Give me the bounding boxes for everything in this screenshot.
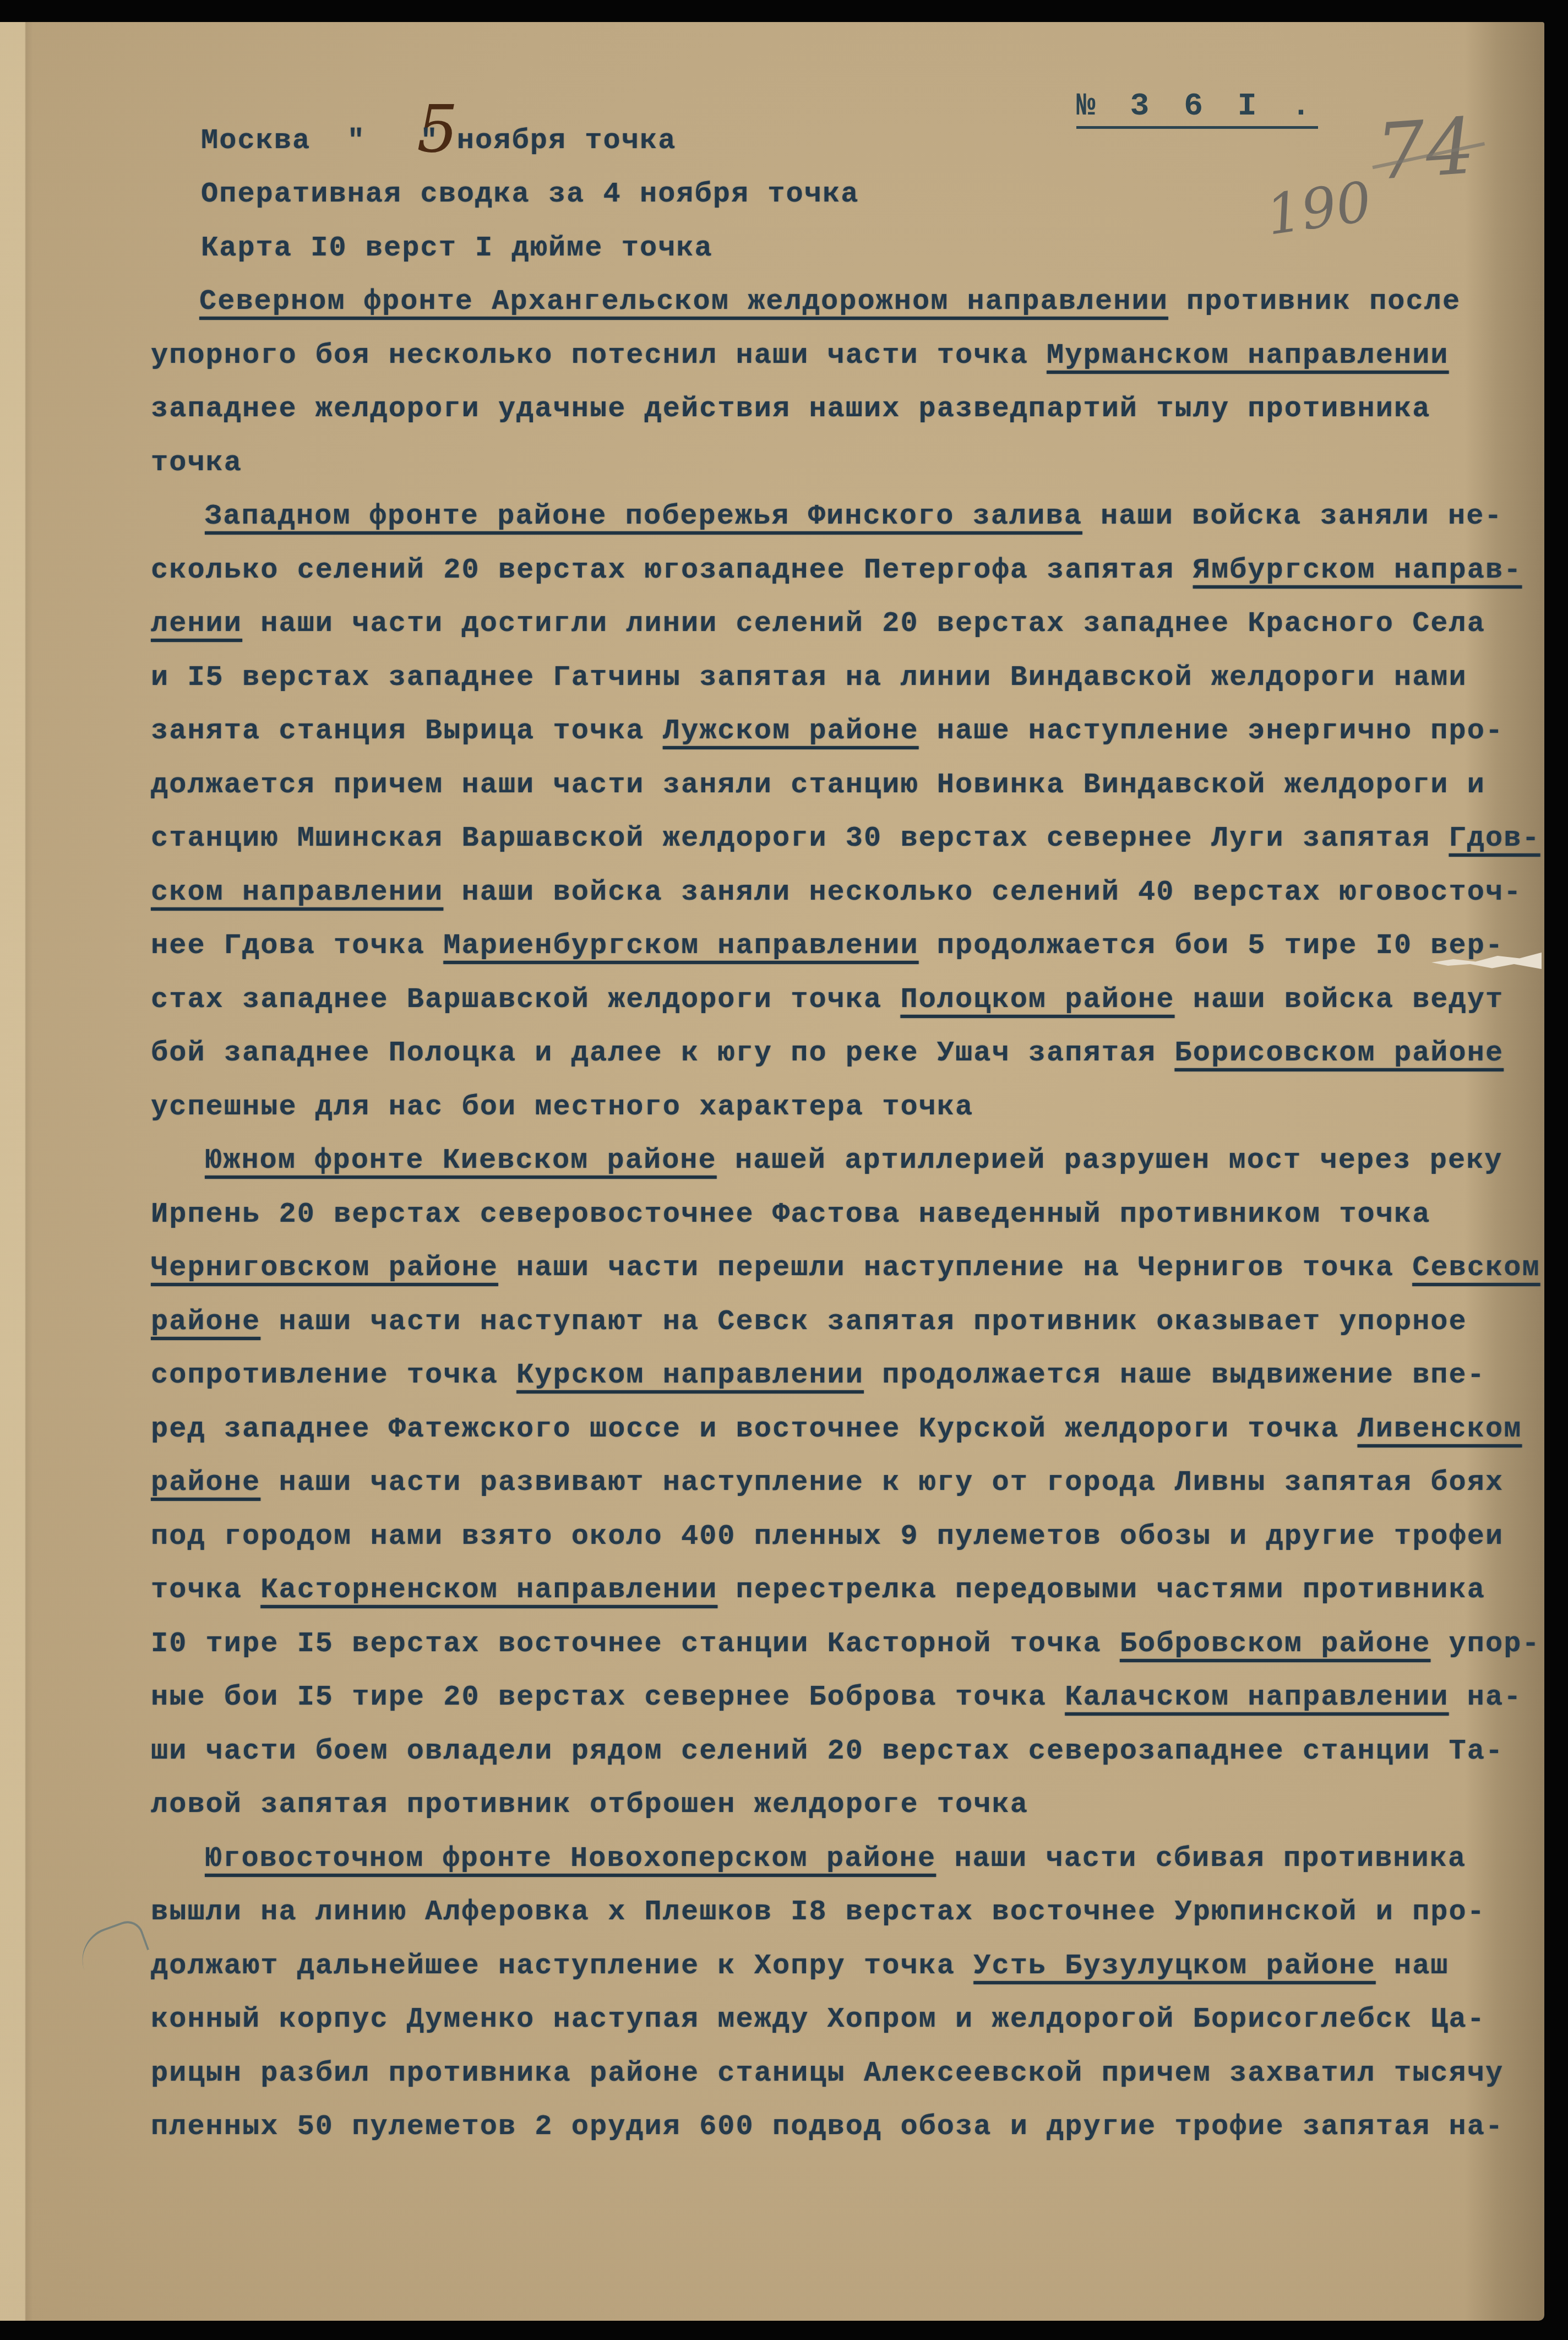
underlined-heading: Западном фронте районе побережья Финског… [205,500,1082,532]
underlined-heading: Ливенском [1358,1413,1522,1445]
text-line: районе наши части наступают на Севск зап… [151,1308,1467,1336]
text-line: I0 тире I5 верстах восточнее станции Кас… [151,1630,1540,1658]
underlined-heading: лении [151,607,242,640]
text-line: сколько селений 20 верстах югозападнее П… [151,556,1522,585]
underlined-heading: Гдов- [1449,822,1540,855]
underlined-heading: Мурманском направлении [1047,339,1449,372]
text-segment: Москва " " ноября точка [201,124,676,157]
text-segment: точка [151,447,242,479]
text-line: точка [151,449,242,477]
text-line: конный корпус Думенко наступая между Хоп… [151,2005,1485,2034]
text-segment: сопротивление точка [151,1359,516,1391]
text-line: западнее желдороги удачные действия наши… [151,395,1430,423]
text-segment: наше наступление энергично про- [919,715,1504,747]
underlined-heading: Касторненском направлении [260,1574,717,1606]
text-segment: ные бои I5 тире 20 верстах севернее Бобр… [151,1681,1065,1713]
text-segment: станцию Мшинская Варшавской желдороги 30… [151,822,1449,855]
text-line: должается причем наши части заняли станц… [151,771,1485,799]
underlined-heading: Борисовском районе [1174,1037,1504,1069]
text-segment: пленных 50 пулеметов 2 орудия 600 подвод… [151,2110,1504,2143]
text-segment: наши войска заняли несколько селений 40 … [443,876,1522,908]
text-segment: наши части наступают на Севск запятая пр… [260,1305,1467,1338]
text-line: Карта I0 верст I дюйме точка [201,234,713,263]
text-segment: наши части развивают наступление к югу о… [260,1466,1504,1499]
text-segment: ловой запятая противник отброшен желдоро… [151,1788,1028,1821]
text-segment: I0 тире I5 верстах восточнее станции Кас… [151,1628,1120,1660]
text-line: Ирпень 20 верстах северовосточнее Фастов… [151,1200,1430,1229]
text-line: Москва " " ноября точка [201,127,676,155]
text-segment: стах западнее Варшавской желдороги точка [151,983,900,1016]
text-segment: Карта I0 верст I дюйме точка [201,232,713,264]
text-segment: наши войска заняли не- [1082,500,1503,532]
text-line: Западном фронте районе побережья Финског… [205,502,1503,531]
underlined-heading: Мариенбургском направлении [443,929,918,962]
underlined-heading: районе [151,1466,260,1499]
underlined-heading: Черниговском районе [151,1251,498,1284]
text-line: Черниговском районе наши части перешли н… [151,1254,1540,1282]
text-segment: ши части боем овладели рядом селений 20 … [151,1735,1504,1767]
underlined-heading: Лужском районе [663,715,919,747]
underlined-heading: Бобровском районе [1120,1628,1431,1660]
text-line: рицын разбил противника районе станицы А… [151,2059,1504,2088]
text-line: ловой запятая противник отброшен желдоро… [151,1791,1028,1819]
text-line: стах западнее Варшавской желдороги точка… [151,986,1504,1014]
text-line: вышли на линию Алферовка х Плешков I8 ве… [151,1898,1485,1927]
underlined-heading: Курском направлении [516,1359,864,1391]
underlined-heading: ском направлении [151,876,443,908]
text-line: занята станция Вырица точка Лужском райо… [151,717,1504,745]
text-line: ред западнее Фатежского шоссе и восточне… [151,1415,1522,1444]
text-segment: должают дальнейшее наступление к Хопру т… [151,1950,973,1982]
text-line: под городом нами взято около 400 пленных… [151,1522,1504,1551]
text-segment: нашей артиллерией разрушен мост через ре… [717,1144,1503,1177]
underlined-heading: Севском [1412,1251,1540,1284]
text-segment: упорного боя несколько потеснил наши час… [151,339,1047,372]
text-segment: западнее желдороги удачные действия наши… [151,393,1430,425]
underlined-heading: районе [151,1305,260,1338]
text-segment: сколько селений 20 верстах югозападнее П… [151,554,1193,586]
text-line: нее Гдова точка Мариенбургском направлен… [151,932,1504,960]
text-segment: на- [1449,1681,1522,1713]
text-segment: противник после [1168,285,1461,318]
text-line: Оперативная сводка за 4 ноября точка [201,180,859,209]
text-segment: вышли на линию Алферовка х Плешков I8 ве… [151,1896,1485,1928]
text-segment: должается причем наши части заняли станц… [151,769,1485,801]
text-segment: перестрелка передовыми частями противник… [717,1574,1485,1606]
handwritten-page-number-old: 74 [1374,101,1478,198]
text-segment: успешные для нас бои местного характера … [151,1091,973,1123]
text-line: точка Касторненском направлении перестре… [151,1576,1485,1604]
text-line: и I5 верстах западнее Гатчины запятая на… [151,663,1467,692]
underlined-heading: Усть Бузулуцком районе [973,1950,1376,1982]
text-segment: точка [151,1574,260,1606]
text-segment: наши части перешли наступление на Черниг… [498,1251,1412,1284]
text-line: Юговосточном фронте Новохоперском районе… [205,1844,1466,1873]
text-line: ши части боем овладели рядом селений 20 … [151,1737,1504,1766]
text-segment: конный корпус Думенко наступая между Хоп… [151,2003,1485,2036]
text-segment: Ирпень 20 верстах северовосточнее Фастов… [151,1198,1430,1231]
text-segment: наши части достигли линии селений 20 вер… [242,607,1485,640]
text-line: ском направлении наши войска заняли неск… [151,878,1522,907]
text-line: успешные для нас бои местного характера … [151,1093,973,1122]
underlined-heading: Юговосточном фронте Новохоперском районе [205,1842,936,1875]
text-line: лении наши части достигли линии селений … [151,610,1485,638]
text-line: станцию Мшинская Варшавской желдороги 30… [151,824,1540,853]
text-segment: под городом нами взято около 400 пленных… [151,1520,1504,1553]
text-segment: продолжается бои 5 тире I0 вер- [919,929,1504,962]
text-line: ные бои I5 тире 20 верстах севернее Бобр… [151,1683,1522,1712]
underlined-heading: Ямбургском направ- [1193,554,1522,586]
underlined-heading: Полоцком районе [900,983,1174,1016]
text-line: Северном фронте Архангельском желдорожно… [199,287,1461,316]
text-line: сопротивление точка Курском направлении … [151,1361,1485,1390]
text-segment: наши войска ведут [1175,983,1504,1016]
document-number: № 3 6 I . [1076,91,1318,129]
text-segment: рицын разбил противника районе станицы А… [151,2057,1504,2089]
text-segment: упор- [1430,1628,1540,1660]
text-segment: и I5 верстах западнее Гатчины запятая на… [151,661,1467,694]
underlined-heading: Южном фронте Киевском районе [205,1144,717,1177]
text-line: пленных 50 пулеметов 2 орудия 600 подвод… [151,2113,1504,2141]
text-segment: Оперативная сводка за 4 ноября точка [201,178,859,210]
text-line: упорного боя несколько потеснил наши час… [151,341,1449,370]
underlined-heading: Северном фронте Архангельском желдорожно… [199,285,1168,318]
text-segment: продолжается наше выдвижение впе- [864,1359,1485,1391]
text-line: Южном фронте Киевском районе нашей артил… [205,1146,1503,1175]
text-segment: занята станция Вырица точка [151,715,663,747]
text-segment: ред западнее Фатежского шоссе и восточне… [151,1413,1358,1445]
text-segment: бой западнее Полоцка и далее к югу по ре… [151,1037,1174,1069]
text-segment: наши части сбивая противника [936,1842,1466,1875]
text-line: должают дальнейшее наступление к Хопру т… [151,1952,1449,1980]
text-line: районе наши части развивают наступление … [151,1468,1504,1497]
text-segment: нее Гдова точка [151,929,443,962]
text-line: бой западнее Полоцка и далее к югу по ре… [151,1039,1504,1068]
text-segment: наш [1376,1950,1449,1982]
underlined-heading: Калачском направлении [1065,1681,1449,1713]
